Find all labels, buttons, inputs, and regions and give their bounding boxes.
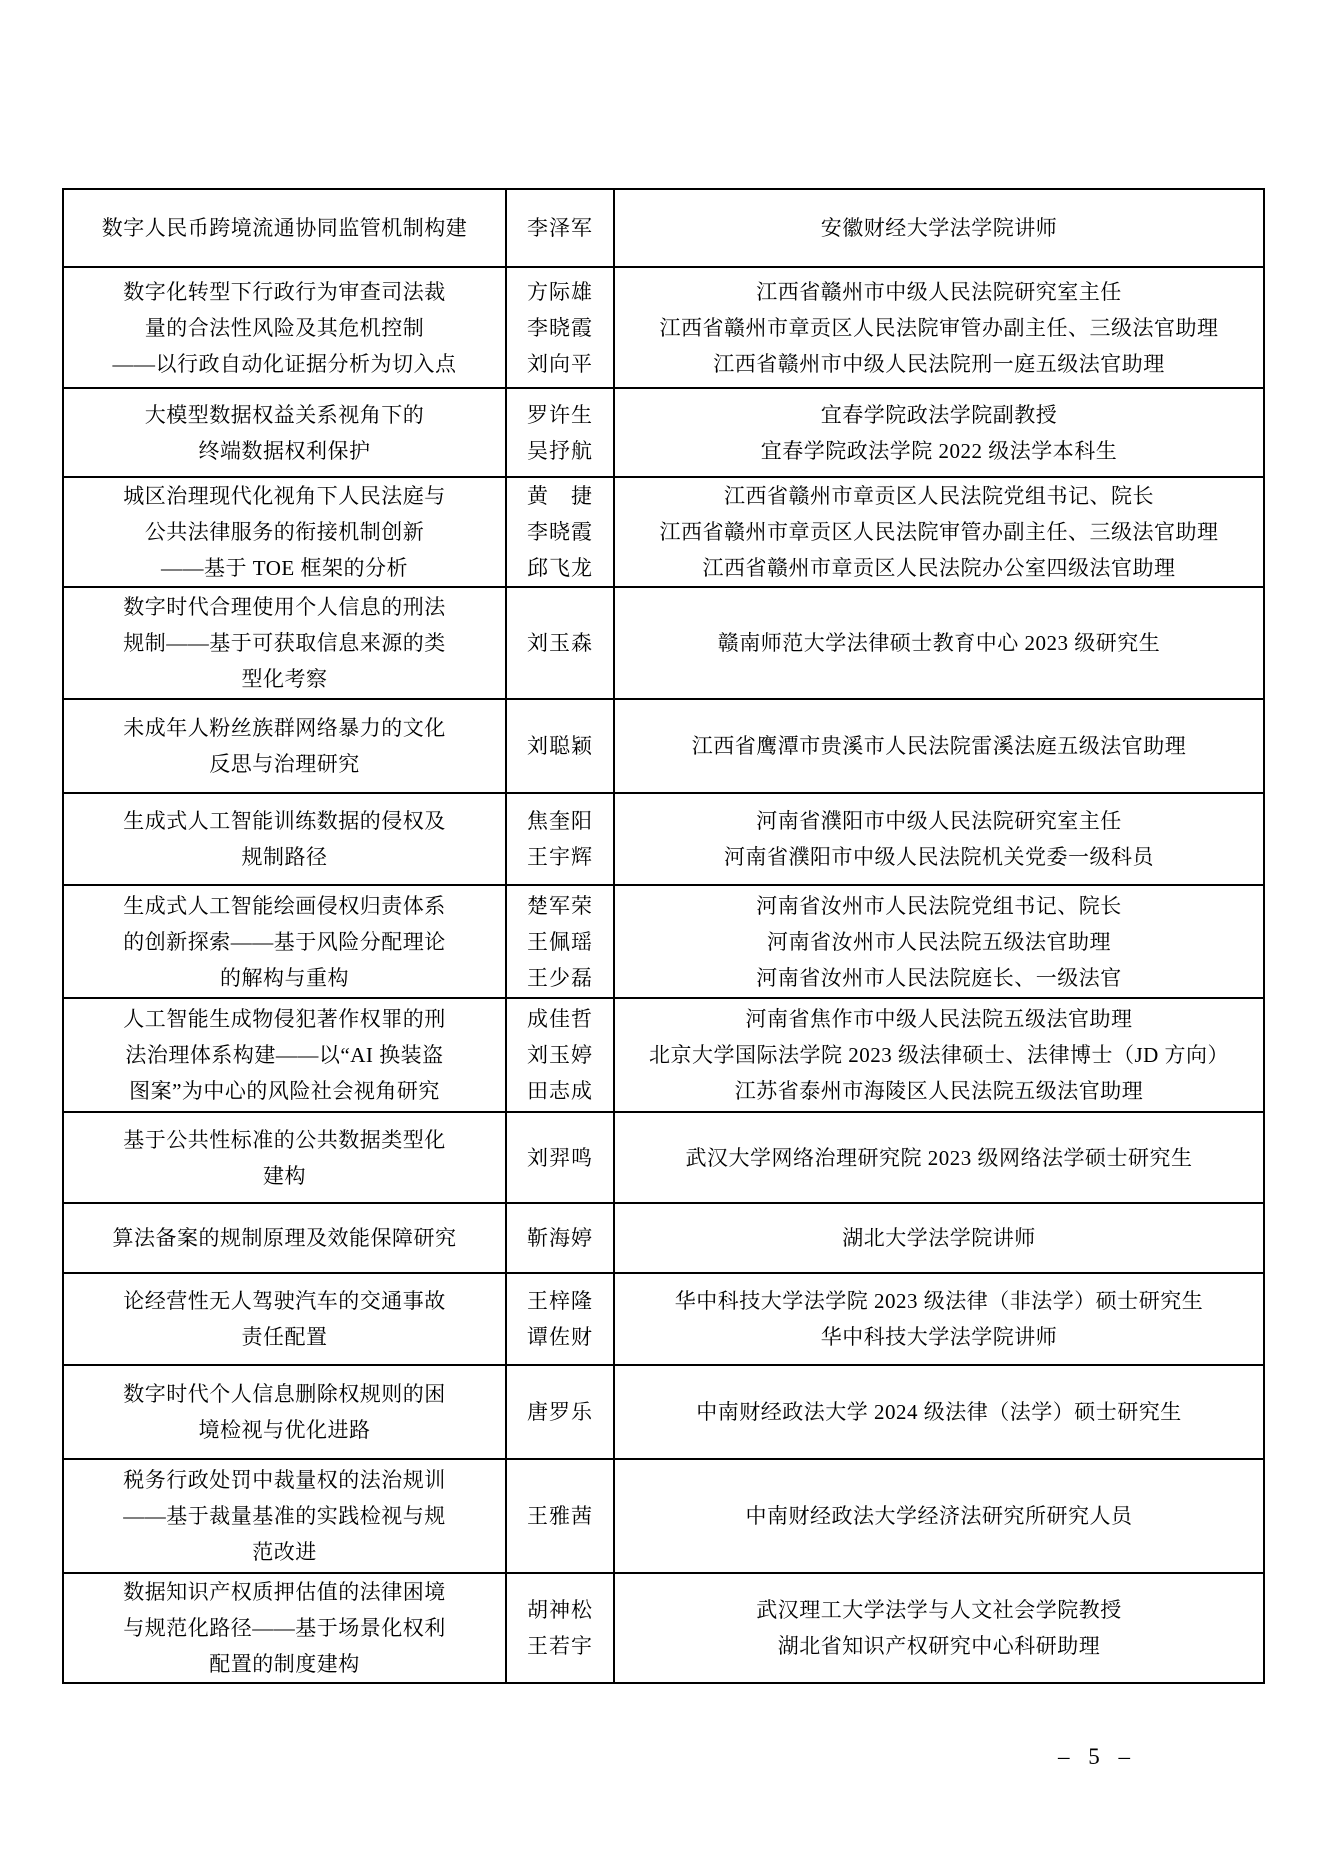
- paper-affiliation: 中南财经政法大学 2024 级法律（法学）硕士研究生: [614, 1365, 1264, 1459]
- paper-affiliation: 江西省赣州市中级人民法院研究室主任 江西省赣州市章贡区人民法院审管办副主任、三级…: [614, 267, 1264, 388]
- paper-authors: 李泽军: [506, 189, 614, 267]
- table-row: 城区治理现代化视角下人民法庭与 公共法律服务的衔接机制创新 ——基于 TOE 框…: [63, 477, 1264, 587]
- paper-title: 未成年人粉丝族群网络暴力的文化 反思与治理研究: [63, 699, 506, 793]
- paper-title: 数字人民币跨境流通协同监管机制构建: [63, 189, 506, 267]
- papers-table: 数字人民币跨境流通协同监管机制构建 李泽军 安徽财经大学法学院讲师 数字化转型下…: [62, 188, 1265, 1684]
- table-row: 数字时代个人信息删除权规则的困 境检视与优化进路 唐罗乐 中南财经政法大学 20…: [63, 1365, 1264, 1459]
- paper-affiliation: 中南财经政法大学经济法研究所研究人员: [614, 1459, 1264, 1573]
- paper-title: 论经营性无人驾驶汽车的交通事故 责任配置: [63, 1273, 506, 1365]
- table-row: 生成式人工智能绘画侵权归责体系 的创新探索——基于风险分配理论 的解构与重构 楚…: [63, 885, 1264, 998]
- paper-title: 数字化转型下行政行为审查司法裁 量的合法性风险及其危机控制 ——以行政自动化证据…: [63, 267, 506, 388]
- paper-affiliation: 华中科技大学法学院 2023 级法律（非法学）硕士研究生 华中科技大学法学院讲师: [614, 1273, 1264, 1365]
- paper-authors: 罗许生 吴抒航: [506, 388, 614, 477]
- paper-title: 大模型数据权益关系视角下的 终端数据权利保护: [63, 388, 506, 477]
- paper-authors: 靳海婷: [506, 1203, 614, 1273]
- paper-title: 算法备案的规制原理及效能保障研究: [63, 1203, 506, 1273]
- paper-title: 城区治理现代化视角下人民法庭与 公共法律服务的衔接机制创新 ——基于 TOE 框…: [63, 477, 506, 587]
- paper-authors: 楚军荣 王佩瑶 王少磊: [506, 885, 614, 998]
- paper-affiliation: 江西省赣州市章贡区人民法院党组书记、院长 江西省赣州市章贡区人民法院审管办副主任…: [614, 477, 1264, 587]
- paper-affiliation: 河南省焦作市中级人民法院五级法官助理 北京大学国际法学院 2023 级法律硕士、…: [614, 998, 1264, 1112]
- table-row: 数字人民币跨境流通协同监管机制构建 李泽军 安徽财经大学法学院讲师: [63, 189, 1264, 267]
- paper-affiliation: 河南省濮阳市中级人民法院研究室主任 河南省濮阳市中级人民法院机关党委一级科员: [614, 793, 1264, 885]
- table-row: 未成年人粉丝族群网络暴力的文化 反思与治理研究 刘聪颖 江西省鹰潭市贵溪市人民法…: [63, 699, 1264, 793]
- table-row: 论经营性无人驾驶汽车的交通事故 责任配置 王梓隆 谭佐财 华中科技大学法学院 2…: [63, 1273, 1264, 1365]
- paper-affiliation: 宜春学院政法学院副教授 宜春学院政法学院 2022 级法学本科生: [614, 388, 1264, 477]
- table-row: 人工智能生成物侵犯著作权罪的刑 法治理体系构建——以“AI 换装盗 图案”为中心…: [63, 998, 1264, 1112]
- paper-authors: 刘玉森: [506, 587, 614, 699]
- paper-title: 人工智能生成物侵犯著作权罪的刑 法治理体系构建——以“AI 换装盗 图案”为中心…: [63, 998, 506, 1112]
- paper-title: 生成式人工智能绘画侵权归责体系 的创新探索——基于风险分配理论 的解构与重构: [63, 885, 506, 998]
- paper-affiliation: 湖北大学法学院讲师: [614, 1203, 1264, 1273]
- table-row: 数据知识产权质押估值的法律困境 与规范化路径——基于场景化权利 配置的制度建构 …: [63, 1573, 1264, 1683]
- paper-title: 税务行政处罚中裁量权的法治规训 ——基于裁量基准的实践检视与规 范改进: [63, 1459, 506, 1573]
- paper-title: 基于公共性标准的公共数据类型化 建构: [63, 1112, 506, 1203]
- paper-affiliation: 安徽财经大学法学院讲师: [614, 189, 1264, 267]
- table-row: 数字化转型下行政行为审查司法裁 量的合法性风险及其危机控制 ——以行政自动化证据…: [63, 267, 1264, 388]
- table-row: 生成式人工智能训练数据的侵权及 规制路径 焦奎阳 王宇辉 河南省濮阳市中级人民法…: [63, 793, 1264, 885]
- paper-authors: 刘聪颖: [506, 699, 614, 793]
- paper-title: 数字时代合理使用个人信息的刑法 规制——基于可获取信息来源的类 型化考察: [63, 587, 506, 699]
- paper-authors: 黄 捷 李晓霞 邱飞龙: [506, 477, 614, 587]
- paper-affiliation: 江西省鹰潭市贵溪市人民法院雷溪法庭五级法官助理: [614, 699, 1264, 793]
- paper-affiliation: 河南省汝州市人民法院党组书记、院长 河南省汝州市人民法院五级法官助理 河南省汝州…: [614, 885, 1264, 998]
- paper-affiliation: 武汉理工大学法学与人文社会学院教授 湖北省知识产权研究中心科研助理: [614, 1573, 1264, 1683]
- table-row: 基于公共性标准的公共数据类型化 建构 刘羿鸣 武汉大学网络治理研究院 2023 …: [63, 1112, 1264, 1203]
- paper-title: 生成式人工智能训练数据的侵权及 规制路径: [63, 793, 506, 885]
- paper-authors: 唐罗乐: [506, 1365, 614, 1459]
- paper-authors: 成佳哲 刘玉婷 田志成: [506, 998, 614, 1112]
- page-number: – 5 –: [1058, 1744, 1130, 1770]
- paper-authors: 王梓隆 谭佐财: [506, 1273, 614, 1365]
- paper-authors: 刘羿鸣: [506, 1112, 614, 1203]
- paper-authors: 王雅茜: [506, 1459, 614, 1573]
- table-row: 算法备案的规制原理及效能保障研究 靳海婷 湖北大学法学院讲师: [63, 1203, 1264, 1273]
- paper-authors: 焦奎阳 王宇辉: [506, 793, 614, 885]
- table-row: 大模型数据权益关系视角下的 终端数据权利保护 罗许生 吴抒航 宜春学院政法学院副…: [63, 388, 1264, 477]
- paper-title: 数据知识产权质押估值的法律困境 与规范化路径——基于场景化权利 配置的制度建构: [63, 1573, 506, 1683]
- paper-affiliation: 武汉大学网络治理研究院 2023 级网络法学硕士研究生: [614, 1112, 1264, 1203]
- paper-affiliation: 赣南师范大学法律硕士教育中心 2023 级研究生: [614, 587, 1264, 699]
- paper-authors: 方际雄 李晓霞 刘向平: [506, 267, 614, 388]
- table-row: 数字时代合理使用个人信息的刑法 规制——基于可获取信息来源的类 型化考察 刘玉森…: [63, 587, 1264, 699]
- table-row: 税务行政处罚中裁量权的法治规训 ——基于裁量基准的实践检视与规 范改进 王雅茜 …: [63, 1459, 1264, 1573]
- paper-title: 数字时代个人信息删除权规则的困 境检视与优化进路: [63, 1365, 506, 1459]
- paper-authors: 胡神松 王若宇: [506, 1573, 614, 1683]
